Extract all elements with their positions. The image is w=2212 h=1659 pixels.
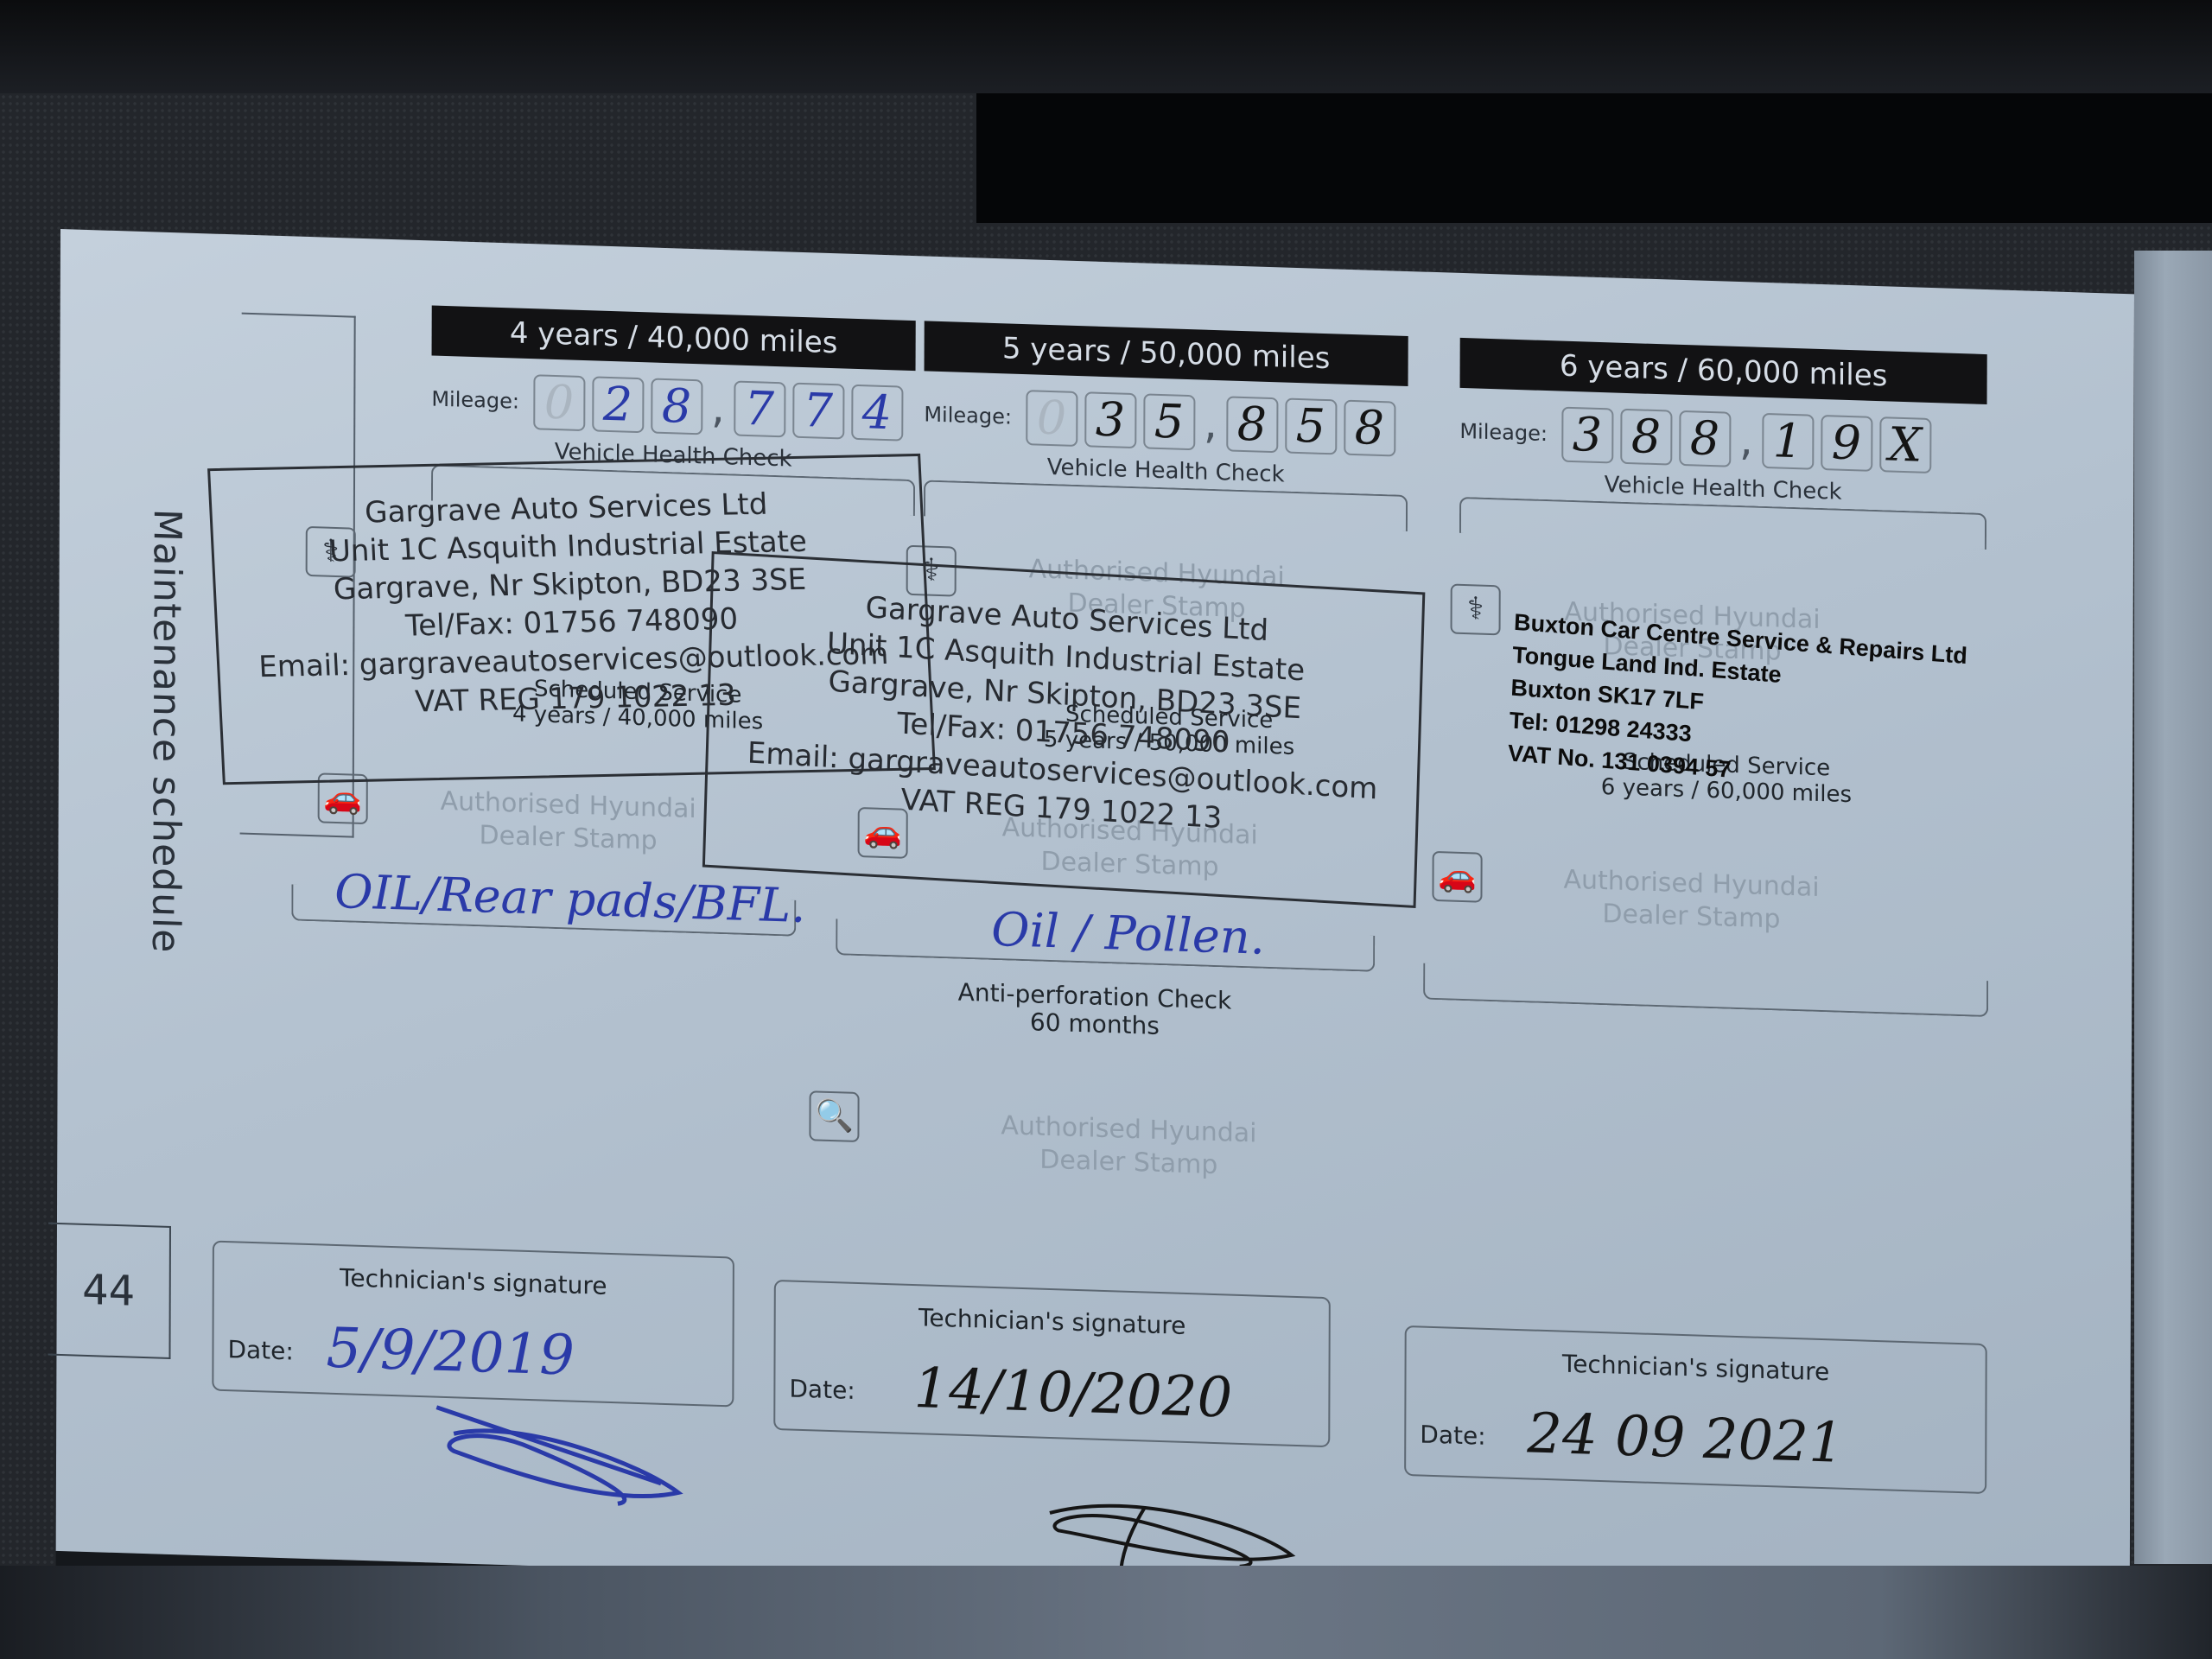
mileage-digit: 5 xyxy=(1285,398,1337,455)
signature-scribble xyxy=(419,1398,704,1510)
mileage-label: Mileage: xyxy=(924,402,1012,429)
mileage-digit: 8 xyxy=(651,378,702,435)
mileage-digit: 4 xyxy=(851,385,903,442)
mileage-digit: 1 xyxy=(1762,413,1814,470)
service-date: 24 09 2021 xyxy=(1527,1402,1844,1476)
mileage-label: Mileage: xyxy=(1459,419,1548,446)
magnifier-icon: 🔍 xyxy=(809,1090,859,1142)
car-lift-icon: 🚗 xyxy=(1432,851,1482,903)
technician-signature-label: Technician's signature xyxy=(776,1299,1329,1344)
mileage-digit: 8 xyxy=(1679,410,1731,467)
mileage-digit: 2 xyxy=(592,376,644,433)
facing-page xyxy=(2134,251,2212,1564)
mileage-digit: 7 xyxy=(734,380,785,437)
mileage-label: Mileage: xyxy=(431,386,519,413)
section-tab-label: Maintenance schedule xyxy=(143,508,189,1028)
mileage-digit: 0 xyxy=(533,374,585,431)
service-date: 14/10/2020 xyxy=(913,1357,1232,1431)
mileage-digit: 0 xyxy=(1026,390,1077,447)
dealer-stamp-gargrave: Gargrave Auto Services Ltd Unit 1C Asqui… xyxy=(702,551,1425,908)
service-book-page: Maintenance schedule 4 years / 40,000 mi… xyxy=(56,229,2134,1616)
mileage-digit: 8 xyxy=(1620,409,1672,466)
stethoscope-icon: ⚕ xyxy=(1451,584,1501,636)
mileage-digit: 3 xyxy=(1561,407,1613,464)
mileage-digit: 7 xyxy=(792,383,844,440)
date-label: Date: xyxy=(789,1375,855,1405)
date-label: Date: xyxy=(1420,1420,1485,1450)
service-date: 5/9/2019 xyxy=(326,1317,575,1389)
dark-object xyxy=(976,93,2212,223)
letterbox-bottom xyxy=(0,1566,2212,1659)
technician-signature-label: Technician's signature xyxy=(1407,1344,1986,1391)
dealer-stamp-placeholder: Authorised Hyundai Dealer Stamp xyxy=(404,785,733,861)
mileage-digit: 8 xyxy=(1226,396,1278,453)
mileage-row: Mileage: 0 2 8 , 7 7 4 xyxy=(431,371,915,442)
anti-perforation-label: Anti-perforation Check 60 months xyxy=(913,977,1276,1044)
interval-header: 5 years / 50,000 miles xyxy=(925,321,1408,386)
mileage-digit: 9 xyxy=(1821,415,1872,472)
dealer-stamp-placeholder: Authorised Hyundai Dealer Stamp xyxy=(1527,862,1855,938)
mileage-digit: X xyxy=(1879,416,1931,474)
comma-separator: , xyxy=(711,383,725,433)
mileage-row: Mileage: 0 3 5 , 8 5 8 xyxy=(924,386,1408,457)
interval-header: 4 years / 40,000 miles xyxy=(432,306,916,372)
signature-box: Technician's signature Date: 5/9/2019 xyxy=(212,1241,734,1408)
letterbox-top xyxy=(0,0,2212,93)
mileage-row: Mileage: 3 8 8 , 1 9 X xyxy=(1459,404,1986,475)
mileage-digit: 3 xyxy=(1084,391,1136,448)
technician-signature-label: Technician's signature xyxy=(214,1260,733,1305)
mileage-digit: 8 xyxy=(1344,400,1395,457)
mileage-digit: 5 xyxy=(1143,393,1195,450)
handwritten-note: Oil / Pollen. xyxy=(991,902,1265,965)
comma-separator: , xyxy=(1739,415,1753,465)
dealer-stamp-placeholder: Authorised Hyundai Dealer Stamp xyxy=(964,1109,1293,1185)
signature-box: Technician's signature Date: 14/10/2020 xyxy=(773,1280,1331,1447)
signature-box: Technician's signature Date: 24 09 2021 xyxy=(1404,1325,1987,1494)
interval-header: 6 years / 60,000 miles xyxy=(1460,338,1987,404)
page-number: 44 xyxy=(48,1223,171,1359)
date-label: Date: xyxy=(227,1335,293,1365)
comma-separator: , xyxy=(1204,398,1217,448)
